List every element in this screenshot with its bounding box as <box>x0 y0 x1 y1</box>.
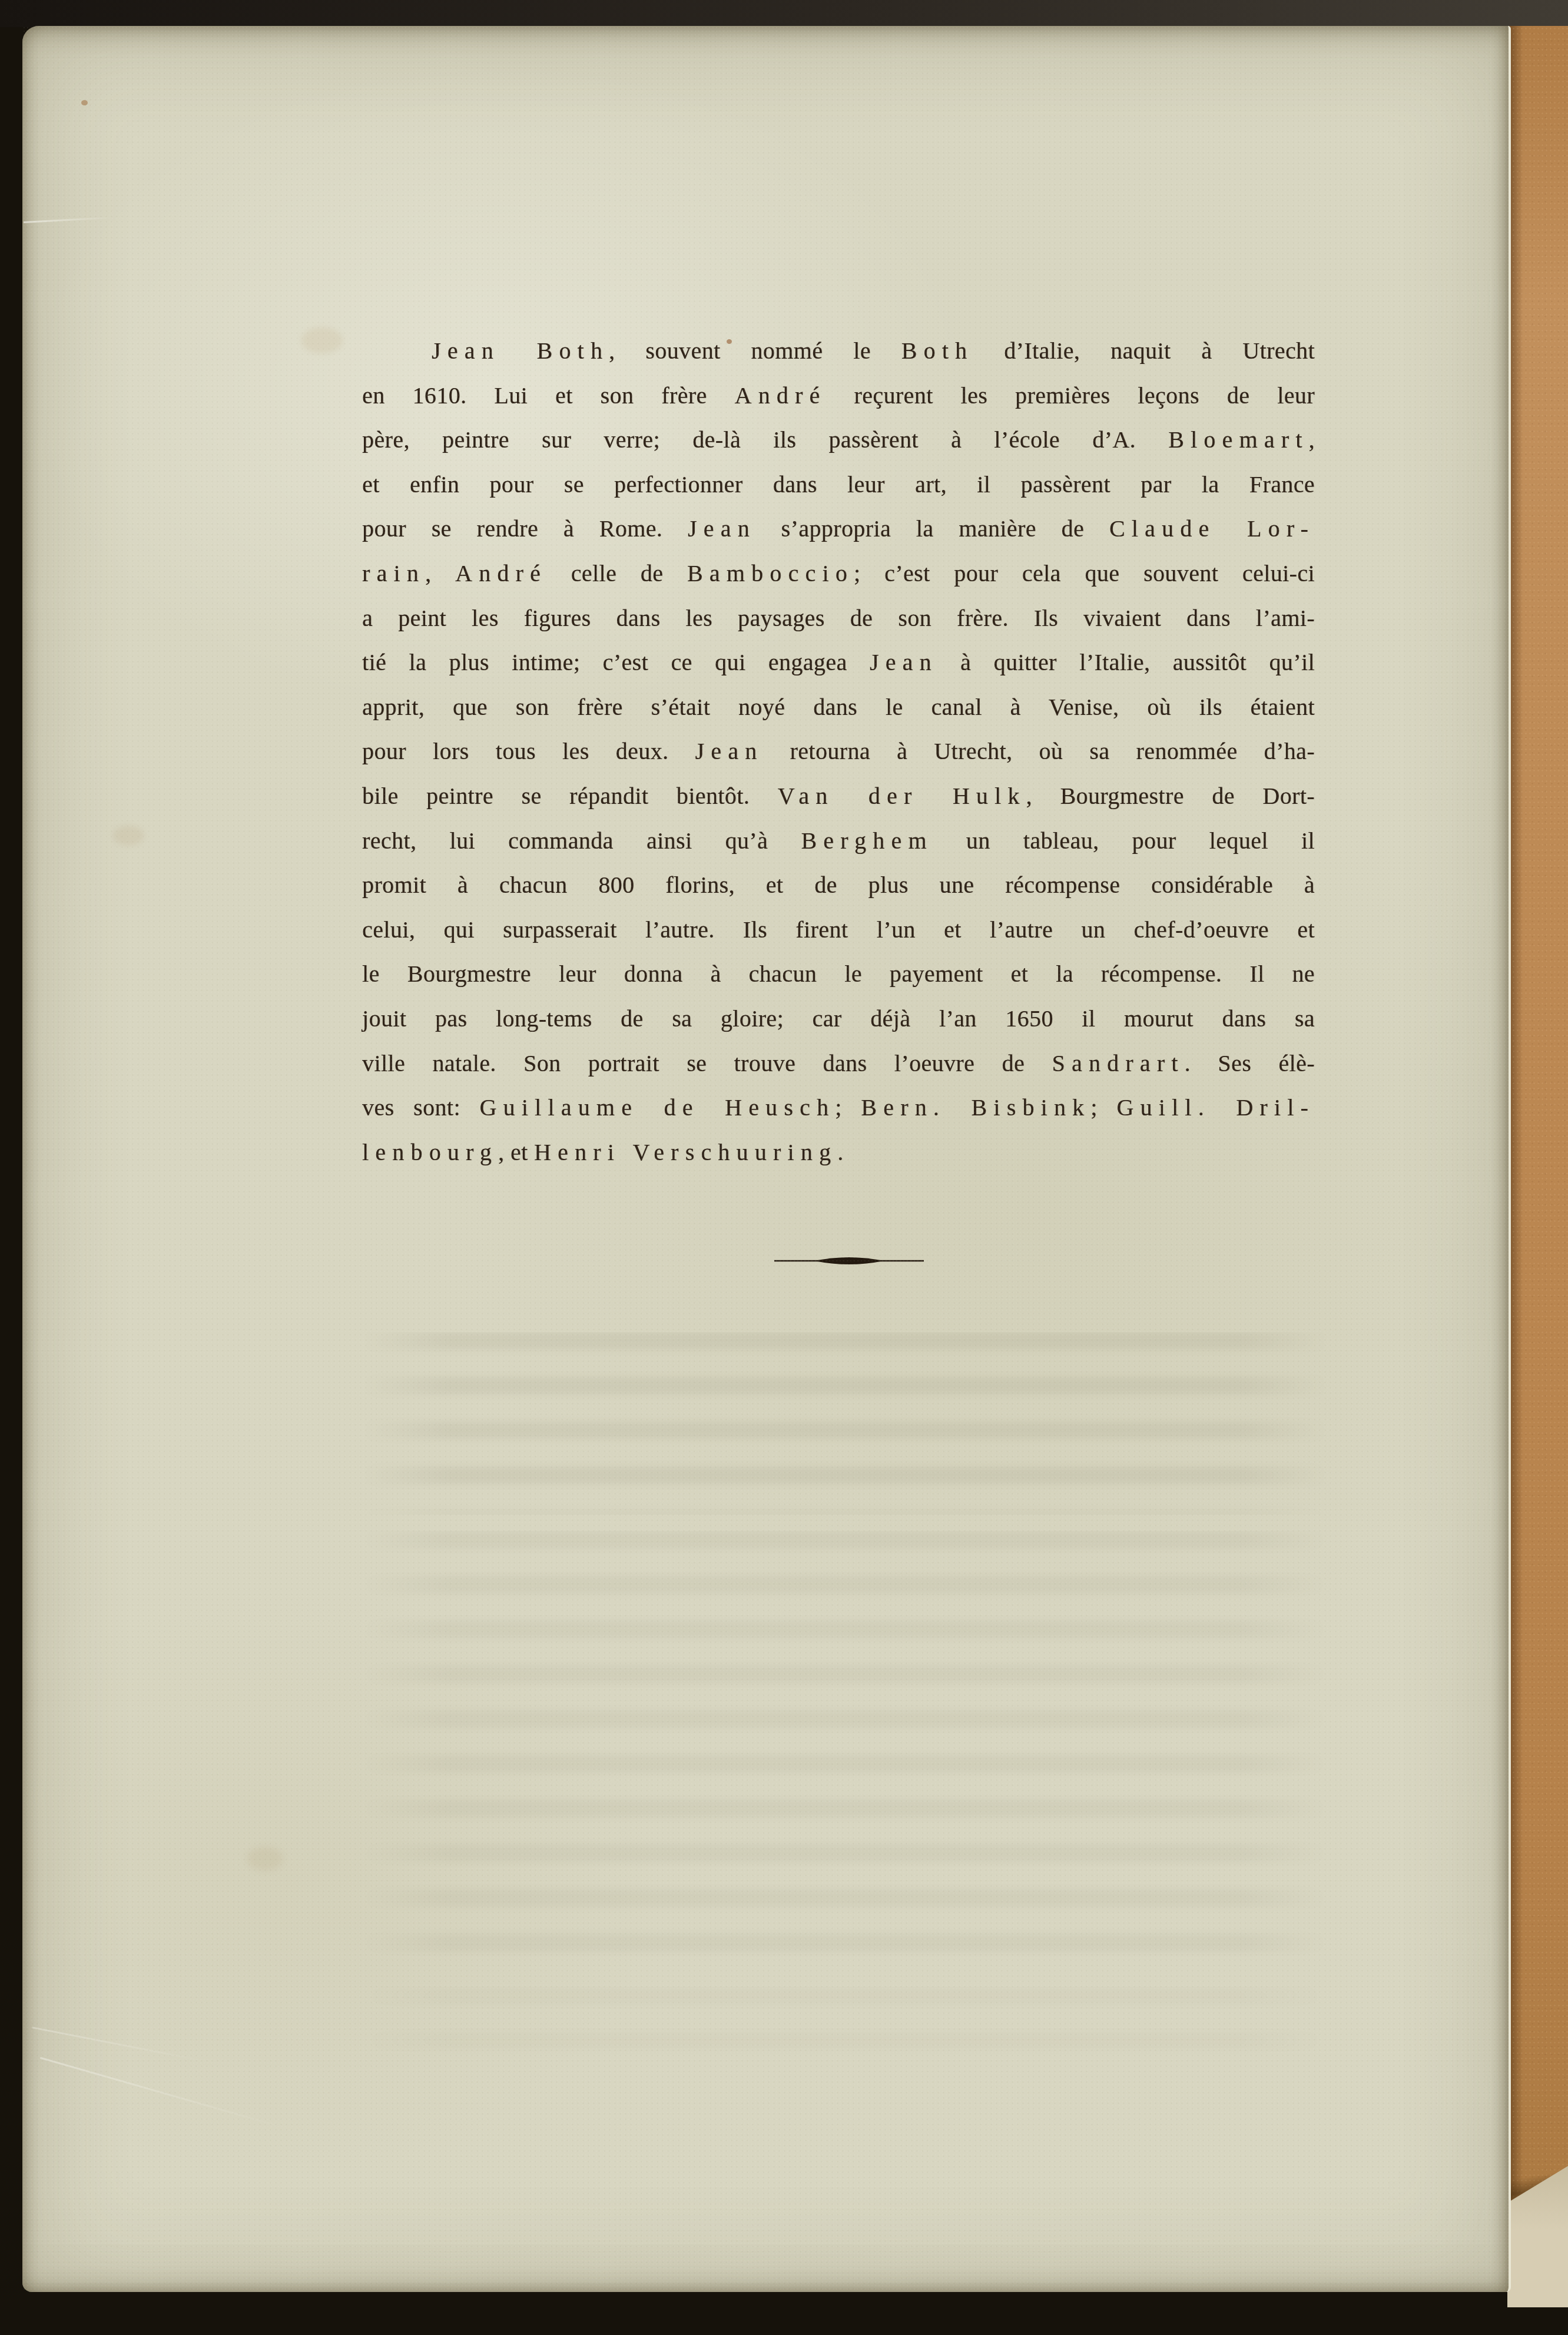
text-line: le Bourgmestre leur donna à chacun le pa… <box>362 952 1315 996</box>
text-segment: , <box>425 560 455 587</box>
text-line: et enfin pour se perfectionner dans leur… <box>362 462 1315 507</box>
proper-name: Berghem <box>801 827 933 854</box>
proper-name: Van der Hulk <box>778 783 1026 809</box>
scanner-top-band <box>0 0 1568 27</box>
proper-name: Bern. Bisbink <box>861 1094 1090 1121</box>
text-line: lenbourg, et Henri Verschuuring. <box>362 1130 1315 1175</box>
text-segment: bile peintre se répandit bientôt. <box>362 783 778 809</box>
text-segment: père, peintre sur verre; de-là ils passè… <box>362 426 1168 453</box>
text-segment: celle de <box>547 560 687 587</box>
next-page-edge <box>1507 26 1568 2307</box>
text-line: ves sont: Guillaume de Heusch; Bern. Bis… <box>362 1085 1315 1130</box>
text-segment: apprit, que son frère s’était noyé dans … <box>362 694 1315 720</box>
text-line: ville natale. Son portrait se trouve dan… <box>362 1041 1315 1086</box>
text-segment: d’Italie, naquit à Utrecht <box>973 337 1315 364</box>
proper-name: Claude Lor- <box>1109 515 1315 542</box>
text-segment: pour lors tous les deux. <box>362 738 695 764</box>
text-segment: s’appropria la manière de <box>756 515 1109 542</box>
paragraph: Jean Both, souvent nommé le Both d’Itali… <box>362 329 1315 1174</box>
text-line: jouit pas long-tems de sa gloire; car dé… <box>362 996 1315 1041</box>
text-line: rain, André celle de Bamboccio; c’est po… <box>362 551 1315 596</box>
text-segment: , souvent nommé le <box>609 337 901 364</box>
proper-name: Jean <box>688 515 756 542</box>
text-segment: . Ses élè- <box>1185 1050 1315 1077</box>
proper-name: André <box>735 382 827 409</box>
show-through-text <box>362 1531 1328 1967</box>
text-segment: en 1610. Lui et son frère <box>362 382 735 409</box>
text-line: Jean Both, souvent nommé le Both d’Itali… <box>362 329 1315 373</box>
text-line: bile peintre se répandit bientôt. Van de… <box>362 774 1315 819</box>
text-line: tié la plus intime; c’est ce qui engagea… <box>362 640 1315 685</box>
text-line: recht, lui commanda ainsi qu’à Berghem u… <box>362 819 1315 863</box>
text-segment: , et <box>498 1139 534 1165</box>
proper-name: rain <box>362 560 425 587</box>
text-segment: retourna à Utrecht, où sa renommée d’ha- <box>763 738 1315 764</box>
proper-name: lenbourg <box>362 1139 498 1165</box>
text-segment: le Bourgmestre leur donna à chacun le pa… <box>362 961 1315 987</box>
text-line: apprit, que son frère s’était noyé dans … <box>362 685 1315 730</box>
proper-name: Jean <box>870 649 938 675</box>
proper-name: Guillaume de Heusch <box>479 1094 835 1121</box>
show-through-text <box>362 1332 1328 1515</box>
proper-name: Bamboccio <box>687 560 854 587</box>
proper-name: Jean Both <box>432 337 609 364</box>
proper-name: Henri Verschuuring <box>534 1139 837 1165</box>
text-segment: ; c’est pour cela que souvent celui-ci <box>854 560 1315 587</box>
text-segment: recht, lui commanda ainsi qu’à <box>362 827 801 854</box>
text-segment: ves sont: <box>362 1094 479 1121</box>
text-segment: pour se rendre à Rome. <box>362 515 688 542</box>
text-segment: , <box>1309 426 1315 453</box>
text-line: a peint les figures dans les paysages de… <box>362 596 1315 641</box>
text-segment: un tableau, pour lequel il <box>933 827 1315 854</box>
proper-name: Both <box>901 337 974 364</box>
text-segment: a peint les figures dans les paysages de… <box>362 605 1315 631</box>
text-segment: celui, qui surpasserait l’autre. Ils fir… <box>362 916 1315 943</box>
text-segment: ville natale. Son portrait se trouve dan… <box>362 1050 1052 1077</box>
proper-name: André <box>455 560 547 587</box>
text-segment: ; <box>835 1094 861 1121</box>
text-line: en 1610. Lui et son frère André reçurent… <box>362 373 1315 418</box>
text-line: promit à chacun 800 florins, et de plus … <box>362 863 1315 907</box>
text-line: pour lors tous les deux. Jean retourna à… <box>362 729 1315 774</box>
text-segment: et enfin pour se perfectionner dans leur… <box>362 471 1315 498</box>
text-segment: jouit pas long-tems de sa gloire; car dé… <box>362 1005 1315 1032</box>
proper-name: Jean <box>695 738 764 764</box>
text-segment: tié la plus intime; c’est ce qui engagea <box>362 649 870 675</box>
text-segment: ; <box>1090 1094 1116 1121</box>
text-segment: à quitter l’Italie, aussitôt qu’il <box>938 649 1315 675</box>
scan-background: Jean Both, souvent nommé le Both d’Itali… <box>0 0 1568 2335</box>
text-segment: . <box>837 1139 843 1165</box>
show-through-text <box>362 1987 1328 2075</box>
proper-name: Bloemart <box>1168 426 1308 453</box>
lens-rule-ornament <box>773 1253 925 1268</box>
text-segment: promit à chacun 800 florins, et de plus … <box>362 872 1315 898</box>
text-line: celui, qui surpasserait l’autre. Ils fir… <box>362 907 1315 952</box>
proper-name: Sandrart <box>1052 1050 1184 1077</box>
text-segment: reçurent les premières leçons de leur <box>827 382 1315 409</box>
text-line: père, peintre sur verre; de-là ils passè… <box>362 418 1315 462</box>
book-page: Jean Both, souvent nommé le Both d’Itali… <box>22 26 1511 2292</box>
text-line: pour se rendre à Rome. Jean s’appropria … <box>362 506 1315 551</box>
proper-name: Guill. Dril- <box>1116 1094 1315 1121</box>
paper-fiber-texture <box>1507 26 1568 2307</box>
text-segment: , Bourgmestre de Dort- <box>1026 783 1315 809</box>
